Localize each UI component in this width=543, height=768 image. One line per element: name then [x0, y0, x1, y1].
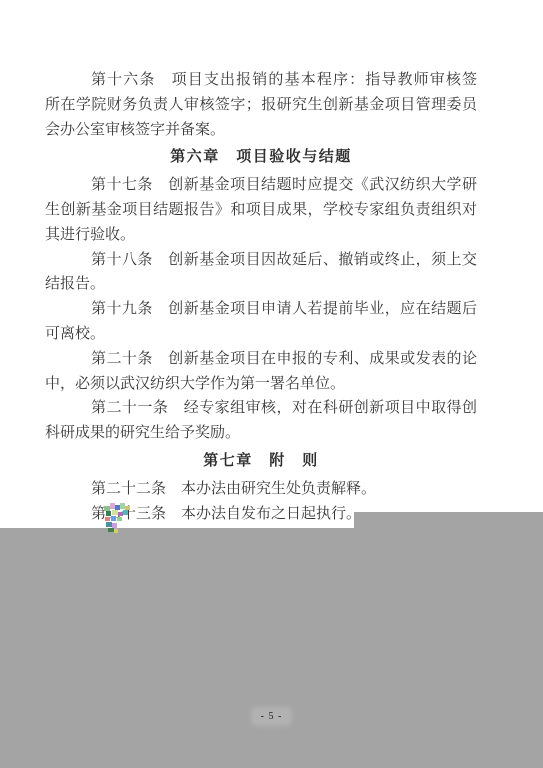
body-line: 中，必须以武汉纺织大学作为第一署名单位。	[45, 372, 477, 397]
page-number-row: - 5 -	[0, 706, 543, 724]
redaction-overlay-main	[0, 528, 543, 768]
body-line: 第十八条 创新基金项目因故延后、撤销或终止，须上交总	[45, 248, 477, 273]
body-line: 第十九条 创新基金项目申请人若提前毕业，应在结题后方	[45, 297, 477, 322]
redaction-overlay-band	[354, 512, 543, 529]
body-line: 第十七条 创新基金项目结题时应提交《武汉纺织大学研究	[45, 173, 477, 198]
glitch-pixel	[117, 517, 122, 521]
glitch-pixel	[114, 529, 118, 533]
document-page: 第十六条 项目支出报销的基本程序：指导教师审核签字；所在学院财务负责人审核签字；…	[0, 0, 543, 768]
glitch-pixel	[123, 510, 128, 515]
glitch-pixel	[105, 517, 110, 521]
body-line: 可离校。	[45, 322, 477, 347]
text-column: 第十六条 项目支出报销的基本程序：指导教师审核签字；所在学院财务负责人审核签字；…	[45, 68, 477, 526]
chapter-heading: 第六章 项目验收与结题	[45, 145, 477, 170]
chapter-heading: 第七章 附 则	[45, 449, 477, 474]
body-line: 第二十一条 经专家组审核，对在科研创新项目中取得创新	[45, 396, 477, 421]
body-line: 第二十二条 本办法由研究生处负责解释。	[45, 477, 477, 502]
body-line: 生创新基金项目结题报告》和项目成果，学校专家组负责组织对	[45, 198, 477, 223]
glitch-artifact	[102, 503, 136, 534]
glitch-pixel	[111, 516, 116, 521]
body-line: 第二十条 创新基金项目在申报的专利、成果或发表的论文	[45, 347, 477, 372]
body-line: 第十六条 项目支出报销的基本程序：指导教师审核签字；	[45, 68, 477, 93]
page-number: - 5 -	[254, 710, 290, 723]
body-line: 会办公室审核签字并备案。	[45, 118, 477, 143]
body-line: 其进行验收。	[45, 223, 477, 248]
body-line: 所在学院财务负责人审核签字；报研究生创新基金项目管理委员	[45, 93, 477, 118]
body-line: 结报告。	[45, 272, 477, 297]
body-line: 科研成果的研究生给予奖励。	[45, 421, 477, 446]
